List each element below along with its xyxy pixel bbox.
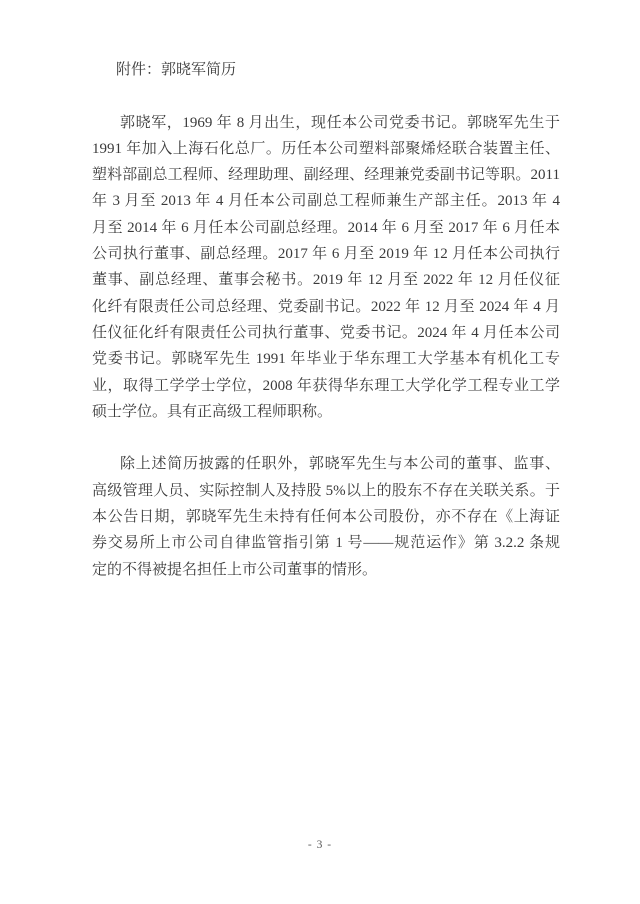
blank-line [92, 83, 560, 109]
paragraph-line: 月至 2014 年 6 月任本公司副总经理。2014 年 6 月至 2017 年… [92, 215, 560, 241]
paragraph-line: 高级管理人员、实际控制人及持股 5%以上的股东不存在关联关系。于 [92, 478, 560, 504]
paragraph-line: 化纤有限责任公司总经理、党委副书记。2022 年 12 月至 2024 年 4 … [92, 294, 560, 320]
paragraph-line: 1991 年加入上海石化总厂。历任本公司塑料部聚烯烃联合装置主任、 [92, 136, 560, 162]
paragraph-line: 塑料部副总工程师、经理助理、副经理、经理兼党委副书记等职。2011 [92, 162, 560, 188]
paragraph-line: 硕士学位。具有正高级工程师职称。 [92, 399, 560, 425]
blank-line [92, 425, 560, 451]
paragraph-line: 郭晓军，1969 年 8 月出生，现任本公司党委书记。郭晓军先生于 [92, 110, 560, 136]
paragraph-line: 除上述简历披露的任职外，郭晓军先生与本公司的董事、监事、 [92, 451, 560, 477]
paragraph-line: 董事、副总经理、董事会秘书。2019 年 12 月至 2022 年 12 月任仪… [92, 267, 560, 293]
document-page: 附件：郭晓军简历 郭晓军，1969 年 8 月出生，现任本公司党委书记。郭晓军先… [0, 0, 640, 904]
page-number: - 3 - [0, 838, 640, 852]
paragraph-line: 券交易所上市公司自律监管指引第 1 号——规范运作》第 3.2.2 条规 [92, 530, 560, 556]
biography-paragraph: 郭晓军，1969 年 8 月出生，现任本公司党委书记。郭晓军先生于 1991 年… [92, 110, 560, 426]
paragraph-line: 公司执行董事、副总经理。2017 年 6 月至 2019 年 12 月任本公司执… [92, 241, 560, 267]
disclosure-paragraph: 除上述简历披露的任职外，郭晓军先生与本公司的董事、监事、 高级管理人员、实际控制… [92, 451, 560, 582]
attachment-title: 附件：郭晓军简历 [92, 57, 560, 83]
paragraph-line: 本公告日期，郭晓军先生未持有任何本公司股份，亦不存在《上海证 [92, 504, 560, 530]
paragraph-line: 业，取得工学学士学位，2008 年获得华东理工大学化学工程专业工学 [92, 373, 560, 399]
paragraph-line: 党委书记。郭晓军先生 1991 年毕业于华东理工大学基本有机化工专 [92, 346, 560, 372]
document-body: 附件：郭晓军简历 郭晓军，1969 年 8 月出生，现任本公司党委书记。郭晓军先… [92, 57, 560, 583]
paragraph-line: 年 3 月至 2013 年 4 月任本公司副总工程师兼生产部主任。2013 年 … [92, 188, 560, 214]
paragraph-line: 定的不得被提名担任上市公司董事的情形。 [92, 557, 560, 583]
paragraph-line: 任仪征化纤有限责任公司执行董事、党委书记。2024 年 4 月任本公司 [92, 320, 560, 346]
